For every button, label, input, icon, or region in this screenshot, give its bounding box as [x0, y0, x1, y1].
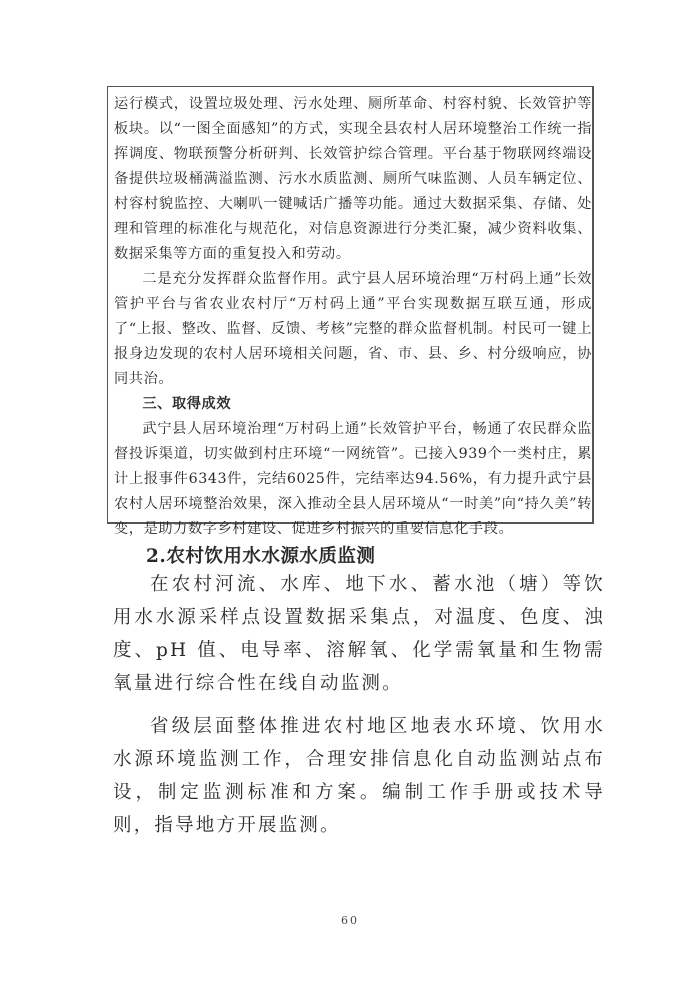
results-paragraph: 武宁县人居环境治理“万村码上通”长效管护平台，畅通了农民群众监督投诉渠道，切实做…	[114, 417, 592, 542]
body-paragraph-1-text: 在农村河流、水库、地下水、蓄水池（塘）等饮用水水源采样点设置数据采集点，对温度、…	[113, 568, 605, 700]
body-paragraph-2-text: 省级层面整体推进农村地区地表水环境、饮用水水源环境监测工作，合理安排信息化自动监…	[113, 710, 605, 842]
box-paragraph-1: 运行模式，设置垃圾处理、污水处理、厕所革命、村容村貌、长效管护等板块。以“一图全…	[114, 92, 592, 267]
body-paragraph-1: 在农村河流、水库、地下水、蓄水池（塘）等饮用水水源采样点设置数据采集点，对温度、…	[113, 568, 605, 700]
results-heading: 三、取得成效	[114, 392, 592, 417]
page-number: 60	[0, 914, 700, 927]
body-paragraph-2: 省级层面整体推进农村地区地表水环境、饮用水水源环境监测工作，合理安排信息化自动监…	[113, 710, 605, 842]
case-study-text: 运行模式，设置垃圾处理、污水处理、厕所革命、村容村貌、长效管护等板块。以“一图全…	[114, 92, 592, 542]
box-paragraph-2: 二是充分发挥群众监督作用。武宁县人居环境治理“万村码上通”长效管护平台与省农业农…	[114, 267, 592, 392]
section-title: 2.农村饮用水水源水质监测	[146, 542, 375, 568]
